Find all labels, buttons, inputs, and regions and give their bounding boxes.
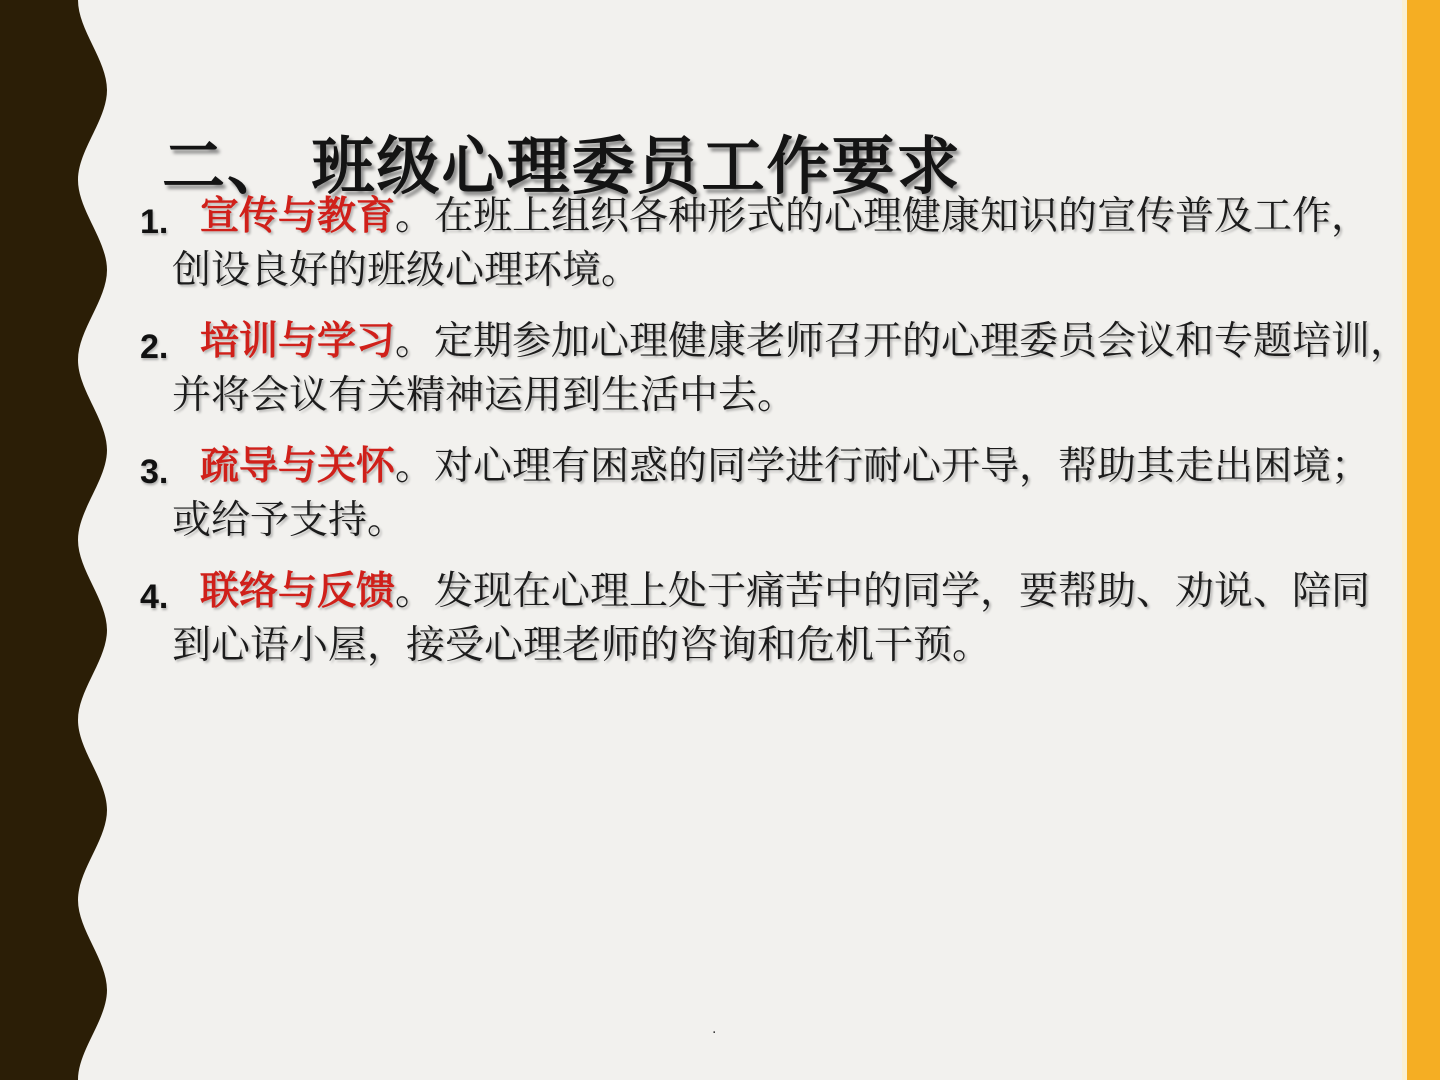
item-1-lead: 宣传与教育 xyxy=(200,195,395,238)
right-accent-bar xyxy=(1407,0,1440,1080)
item-2-line-2: 并将会议有关精神运用到生活中去。 xyxy=(172,369,1410,423)
item-4-text: 发现在心理上处于痛苦中的同学，要帮助、劝说、陪同 xyxy=(434,570,1370,613)
item-4-separator: 。 xyxy=(395,570,434,613)
item-1-line-1: 宣传与教育。在班上组织各种形式的心理健康知识的宣传普及工作， xyxy=(200,190,1410,244)
item-3-text: 对心理有困惑的同学进行耐心开导，帮助其走出困境； xyxy=(434,445,1370,488)
list-item-4: 4. 联络与反馈。发现在心理上处于痛苦中的同学，要帮助、劝说、陪同 到心语小屋，… xyxy=(140,565,1410,673)
footer-dot: . xyxy=(712,1020,716,1038)
item-1-text: 在班上组织各种形式的心理健康知识的宣传普及工作， xyxy=(434,195,1370,238)
list-item-1: 1. 宣传与教育。在班上组织各种形式的心理健康知识的宣传普及工作， 创设良好的班… xyxy=(140,190,1410,298)
item-2-separator: 。 xyxy=(395,320,434,363)
list-item-3: 3. 疏导与关怀。对心理有困惑的同学进行耐心开导，帮助其走出困境； 或给予支持。 xyxy=(140,440,1410,548)
item-1-separator: 。 xyxy=(395,195,434,238)
item-3-number: 3. xyxy=(140,445,168,499)
item-3-line-2: 或给予支持。 xyxy=(172,494,1410,548)
item-2-number: 2. xyxy=(140,320,168,374)
item-2-lead: 培训与学习 xyxy=(200,320,395,363)
item-2-line-1: 培训与学习。定期参加心理健康老师召开的心理委员会议和专题培训， xyxy=(200,315,1410,369)
item-4-number: 4. xyxy=(140,570,168,624)
item-3-line-1: 疏导与关怀。对心理有困惑的同学进行耐心开导，帮助其走出困境； xyxy=(200,440,1410,494)
list-item-2: 2. 培训与学习。定期参加心理健康老师召开的心理委员会议和专题培训， 并将会议有… xyxy=(140,315,1410,423)
requirements-list: 1. 宣传与教育。在班上组织各种形式的心理健康知识的宣传普及工作， 创设良好的班… xyxy=(140,190,1410,690)
item-4-lead: 联络与反馈 xyxy=(200,570,395,613)
item-2-text: 定期参加心理健康老师召开的心理委员会议和专题培训， xyxy=(434,320,1409,363)
slide-background: 二、 班级心理委员工作要求 1. 宣传与教育。在班上组织各种形式的心理健康知识的… xyxy=(0,0,1440,1080)
item-1-line-2: 创设良好的班级心理环境。 xyxy=(172,244,1410,298)
item-3-separator: 。 xyxy=(395,445,434,488)
item-1-number: 1. xyxy=(140,195,168,249)
left-wave-border xyxy=(0,0,120,1080)
item-4-line-2: 到心语小屋，接受心理老师的咨询和危机干预。 xyxy=(172,619,1410,673)
item-4-line-1: 联络与反馈。发现在心理上处于痛苦中的同学，要帮助、劝说、陪同 xyxy=(200,565,1410,619)
item-3-lead: 疏导与关怀 xyxy=(200,445,395,488)
